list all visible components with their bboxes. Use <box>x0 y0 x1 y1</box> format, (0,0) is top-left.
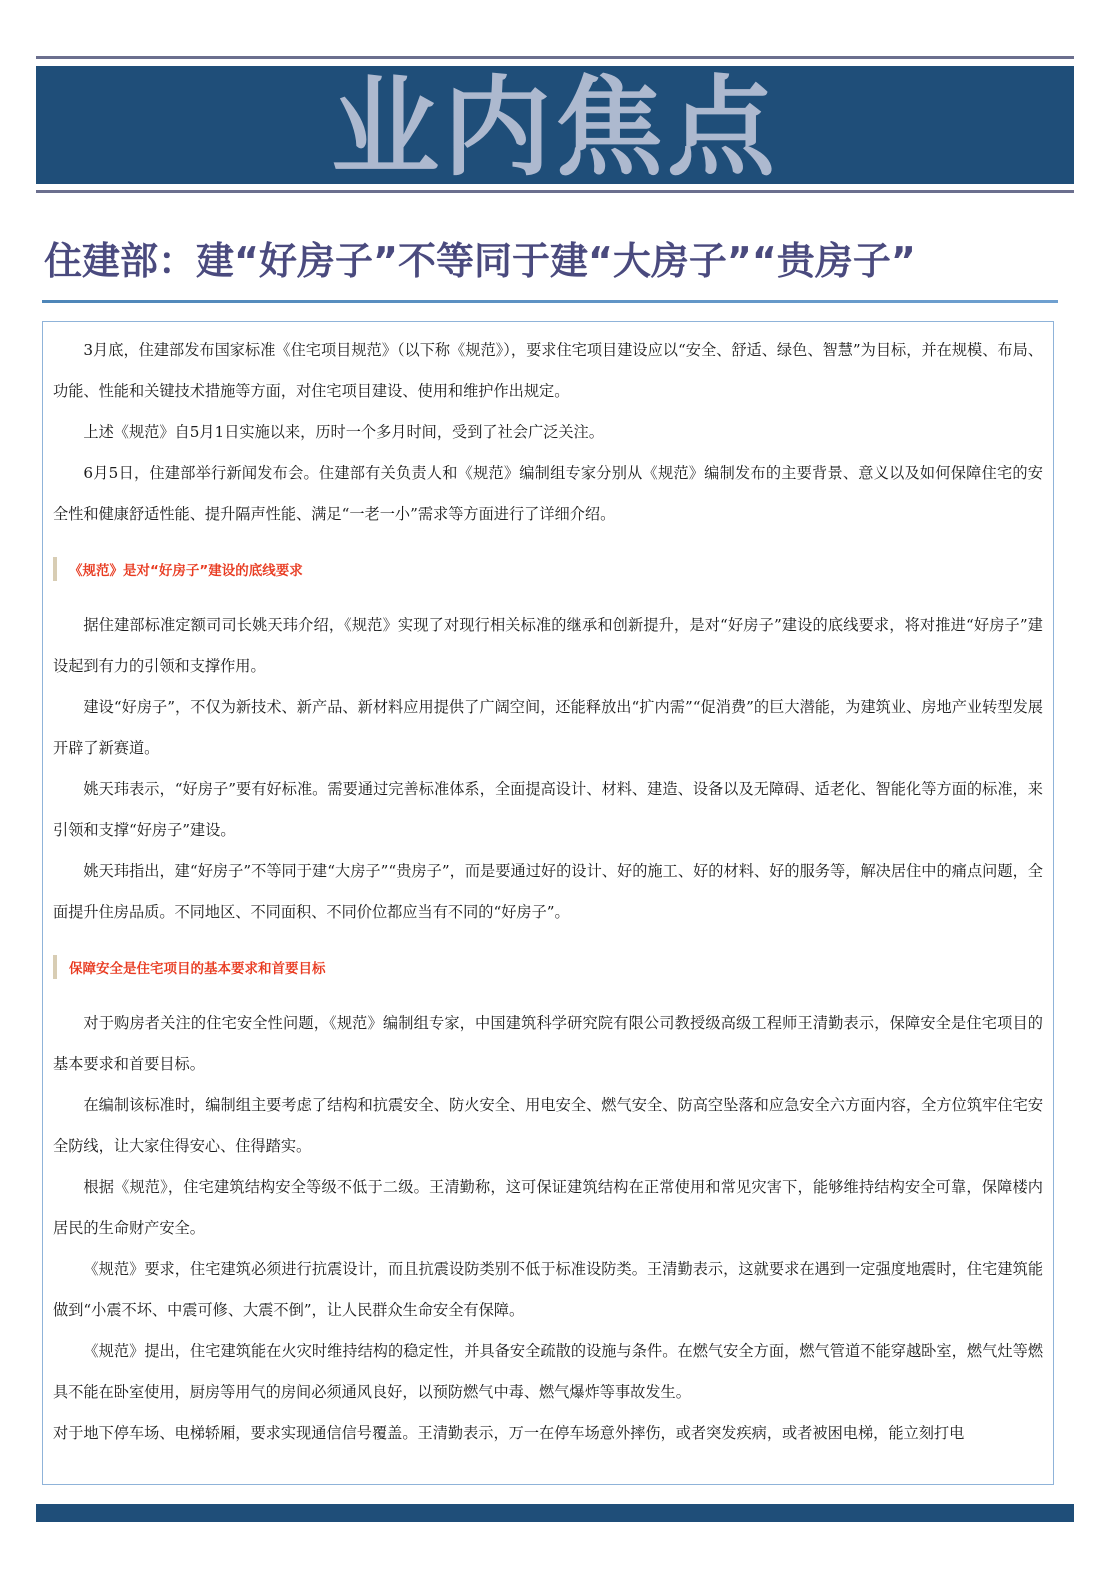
section-title: 《规范》是对“好房子”建设的底线要求 <box>69 559 303 579</box>
section-marker <box>53 557 57 581</box>
paragraph-continued: 对于地下停车场、电梯轿厢，要求实现通信信号覆盖。王清勤表示，万一在停车场意外摔伤… <box>53 1413 1043 1454</box>
paragraph: 在编制该标准时，编制组主要考虑了结构和抗震安全、防火安全、用电安全、燃气安全、防… <box>53 1085 1043 1167</box>
article-headline: 住建部：建“好房子”不等同于建“大房子”“贵房子” <box>44 230 916 285</box>
paragraph: 姚天玮表示，“好房子”要有好标准。需要通过完善标准体系，全面提高设计、材料、建造… <box>53 769 1043 851</box>
headline-rule <box>42 300 1058 303</box>
paragraph: 《规范》要求，住宅建筑必须进行抗震设计，而且抗震设防类别不低于标准设防类。王清勤… <box>53 1249 1043 1331</box>
top-rule <box>36 56 1074 59</box>
paragraph: 3月底，住建部发布国家标准《住宅项目规范》（以下称《规范》），要求住宅项目建设应… <box>53 330 1043 412</box>
paragraph: 对于购房者关注的住宅安全性问题，《规范》编制组专家，中国建筑科学研究院有限公司教… <box>53 1003 1043 1085</box>
paragraph: 建设“好房子”，不仅为新技术、新产品、新材料应用提供了广阔空间，还能释放出“扩内… <box>53 687 1043 769</box>
section-heading: 《规范》是对“好房子”建设的底线要求 <box>53 557 1043 581</box>
section-title: 保障安全是住宅项目的基本要求和首要目标 <box>69 957 326 977</box>
footer-bar <box>36 1504 1074 1522</box>
section-heading: 保障安全是住宅项目的基本要求和首要目标 <box>53 955 1043 979</box>
paragraph: 6月5日，住建部举行新闻发布会。住建部有关负责人和《规范》编制组专家分别从《规范… <box>53 453 1043 535</box>
paragraph: 姚天玮指出，建“好房子”不等同于建“大房子”“贵房子”，而是要通过好的设计、好的… <box>53 851 1043 933</box>
section-banner: 业内焦点 <box>36 66 1074 184</box>
paragraph: 根据《规范》，住宅建筑结构安全等级不低于二级。王清勤称，这可保证建筑结构在正常使… <box>53 1167 1043 1249</box>
banner-title: 业内焦点 <box>331 75 779 183</box>
paragraph: 《规范》提出，住宅建筑能在火灾时维持结构的稳定性，并具备安全疏散的设施与条件。在… <box>53 1331 1043 1413</box>
paragraph: 上述《规范》自5月1日实施以来，历时一个多月时间，受到了社会广泛关注。 <box>53 412 1043 453</box>
article-body: 3月底，住建部发布国家标准《住宅项目规范》（以下称《规范》），要求住宅项目建设应… <box>42 321 1054 1485</box>
banner-bottom-rule <box>36 190 1074 193</box>
paragraph: 据住建部标准定额司司长姚天玮介绍，《规范》实现了对现行相关标准的继承和创新提升，… <box>53 605 1043 687</box>
section-marker <box>53 955 57 979</box>
